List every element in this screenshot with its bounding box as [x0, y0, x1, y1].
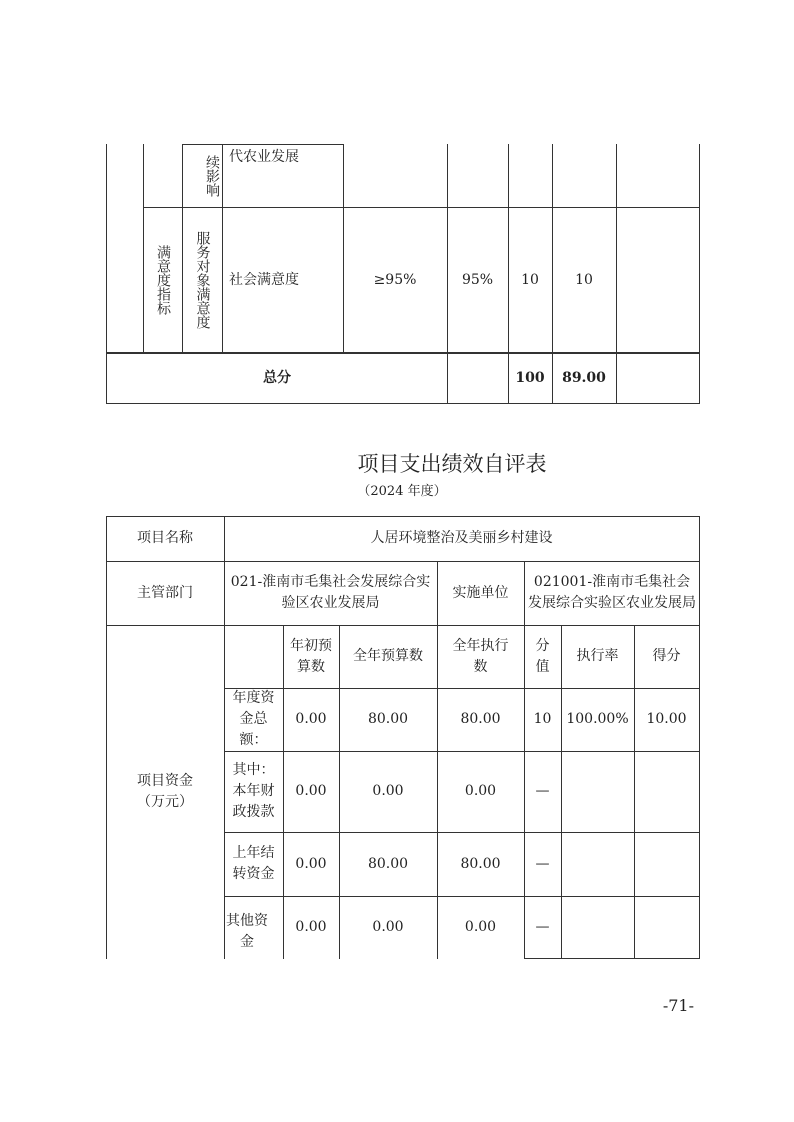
row-executed: 80.00 [437, 832, 524, 896]
row-label-other-funds: 其他资金 [226, 906, 268, 958]
row-rate [561, 832, 634, 896]
dept-value: 021-淮南市毛集社会发展综合实验区农业发展局 [230, 561, 431, 625]
page-title: 项目支出绩效自评表 [0, 448, 794, 478]
row-executed: 0.00 [437, 751, 524, 832]
total-weight: 100 [508, 353, 552, 403]
dept-label: 主管部门 [106, 561, 224, 625]
col-header-exec-rate: 执行率 [561, 625, 634, 688]
col-header-score: 得分 [634, 625, 699, 688]
level2-label-satisfaction: 服务对象满意度 [182, 207, 222, 353]
row-rate [561, 896, 634, 958]
row-weight: — [524, 896, 561, 958]
divider [224, 516, 225, 959]
page-number: -71- [663, 996, 694, 1015]
weight-value: 10 [508, 207, 552, 353]
total-label: 总分 [106, 353, 447, 403]
target-value: ≥95% [343, 207, 447, 353]
row-weight: — [524, 751, 561, 832]
level2-label-continued: 续影响 [182, 144, 222, 207]
impl-value: 021001-淮南市毛集社会发展综合实验区农业发展局 [528, 561, 696, 625]
page-subtitle: （2024 年度） [0, 480, 794, 499]
row-initial: 0.00 [283, 751, 339, 832]
divider [699, 516, 700, 959]
total-score: 89.00 [552, 353, 616, 403]
divider [699, 144, 700, 404]
divider [222, 144, 223, 353]
row-initial: 0.00 [283, 832, 339, 896]
row-label-fiscal-allocation: 其中：本年财政拨款 [228, 751, 279, 832]
row-label-carryover: 上年结转资金 [228, 832, 279, 896]
actual-value: 95% [447, 207, 508, 353]
row-score [634, 832, 699, 896]
row-executed: 80.00 [437, 688, 524, 751]
row-executed: 0.00 [437, 896, 524, 958]
col-header-annual-budget: 全年预算数 [339, 625, 437, 688]
project-name-value: 人居环境整治及美丽乡村建设 [224, 516, 699, 561]
funds-label: 项目资金（万元） [124, 625, 206, 958]
row-annual: 0.00 [339, 896, 437, 958]
col-header-initial-budget: 年初预算数 [290, 625, 332, 688]
row-initial: 0.00 [283, 688, 339, 751]
col-header-weight: 分值 [531, 625, 554, 688]
row-score [634, 751, 699, 832]
row-rate [561, 751, 634, 832]
indicator-continued: 代农业发展 [229, 146, 343, 168]
impl-label: 实施单位 [437, 561, 524, 625]
col-header-annual-executed: 全年执行数 [451, 625, 510, 688]
col-header-blank [224, 625, 283, 688]
score-value: 10 [552, 207, 616, 353]
remark-value [616, 207, 699, 353]
row-annual: 80.00 [339, 688, 437, 751]
row-score: 10.00 [634, 688, 699, 751]
divider [524, 958, 699, 959]
indicator-satisfaction: 社会满意度 [229, 207, 343, 353]
divider [106, 403, 699, 404]
row-annual: 0.00 [339, 751, 437, 832]
row-initial: 0.00 [283, 896, 339, 958]
project-name-label: 项目名称 [106, 516, 224, 561]
row-weight: — [524, 832, 561, 896]
level1-label-satisfaction: 满意度指标 [143, 207, 182, 353]
row-score [634, 896, 699, 958]
row-rate: 100.00% [561, 688, 634, 751]
row-weight: 10 [524, 688, 561, 751]
row-annual: 80.00 [339, 832, 437, 896]
row-label-annual-total: 年度资金总额： [228, 688, 279, 751]
